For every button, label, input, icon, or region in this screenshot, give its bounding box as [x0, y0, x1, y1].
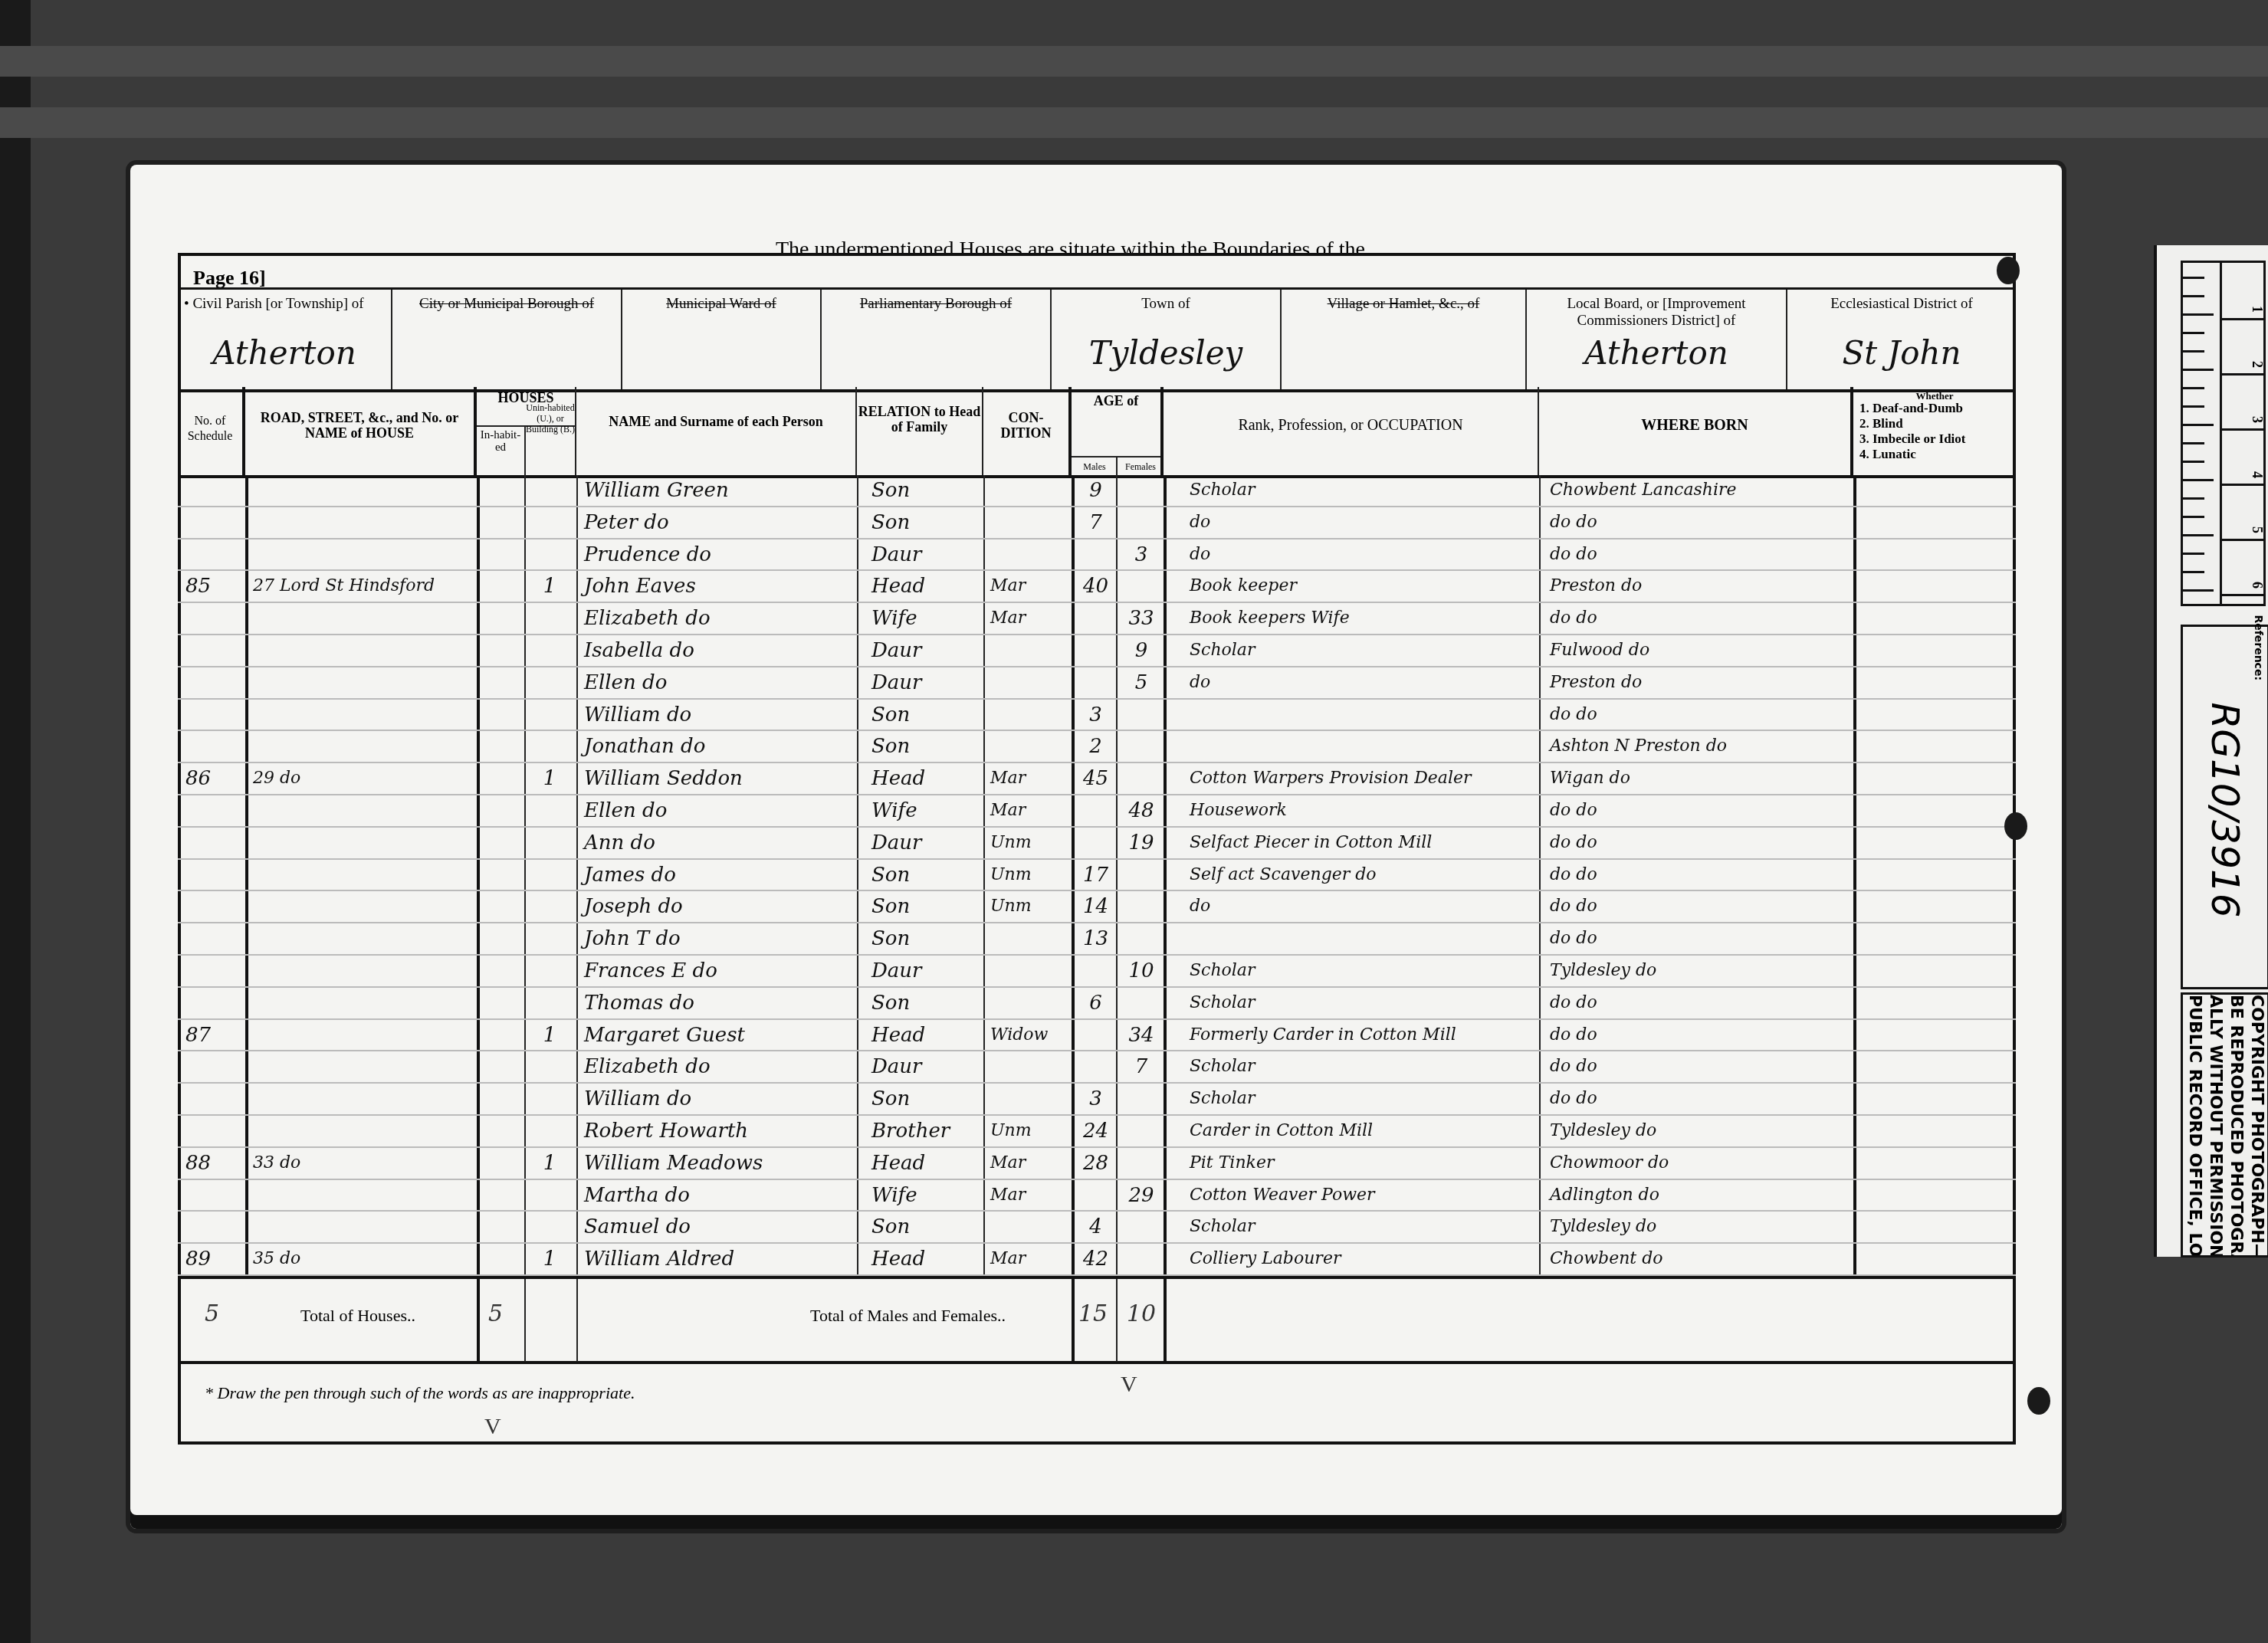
- ruler-tick: [2183, 553, 2204, 555]
- relation-to-head: Son: [871, 475, 979, 506]
- relation-to-head: Wife: [871, 603, 979, 634]
- occupation: Scholar: [1174, 475, 1534, 506]
- road-address: [253, 1084, 475, 1114]
- inhabited-count: 1: [534, 1244, 565, 1274]
- relation-to-head: Head: [871, 1148, 979, 1179]
- male-age: 4: [1078, 1212, 1113, 1242]
- table-row: 8527 Lord St Hindsford1John EavesHeadMar…: [178, 571, 2016, 603]
- road-address: [253, 891, 475, 922]
- table-row: Isabella doDaur9ScholarFulwood do: [178, 635, 2016, 667]
- person-name: John T do: [584, 923, 852, 954]
- female-age: [1122, 860, 1160, 890]
- copyright-line: PUBLIC RECORD OFFICE, LONDON: [2184, 995, 2205, 1258]
- schedule-number: 89: [185, 1244, 243, 1274]
- male-age: [1078, 539, 1113, 570]
- table-header: No. of Schedule ROAD, STREET, &c., and N…: [178, 387, 2016, 478]
- marital-condition: [990, 700, 1067, 730]
- table-row: Samuel doSon4ScholarTyldesley do: [178, 1212, 2016, 1244]
- female-age: [1122, 923, 1160, 954]
- occupation: Scholar: [1174, 1212, 1534, 1242]
- road-address: 29 do: [253, 763, 475, 794]
- road-address: [253, 795, 475, 826]
- female-age: 34: [1122, 1020, 1160, 1051]
- table-row: Ellen doWifeMar48Houseworkdo do: [178, 795, 2016, 828]
- boundary-field: Local Board, or [Improvement Commissione…: [1527, 290, 1787, 389]
- occupation: do: [1174, 539, 1534, 570]
- inhabited-count: [534, 828, 565, 858]
- male-age: 45: [1078, 763, 1113, 794]
- relation-to-head: Son: [871, 507, 979, 538]
- person-name: William Seddon: [584, 763, 852, 794]
- male-age: 3: [1078, 700, 1113, 730]
- boundary-value: Atherton: [1527, 334, 1786, 372]
- marital-condition: [990, 667, 1067, 698]
- female-age: [1122, 1084, 1160, 1114]
- inhabited-count: [534, 1084, 565, 1114]
- where-born: do do: [1550, 795, 1849, 826]
- marital-condition: [990, 1084, 1067, 1114]
- female-age: [1122, 731, 1160, 762]
- where-born: Chowbent Lancashire: [1550, 475, 1849, 506]
- inhabited-count: [534, 635, 565, 666]
- table-row: 8833 do1William MeadowsHeadMar28Pit Tink…: [178, 1148, 2016, 1180]
- marital-condition: Unm: [990, 828, 1067, 858]
- marital-condition: Unm: [990, 1116, 1067, 1146]
- boundary-field: Parliamentary Borough of: [822, 290, 1052, 389]
- schedule-number: 85: [185, 571, 243, 602]
- relation-to-head: Son: [871, 860, 979, 890]
- marital-condition: [990, 1212, 1067, 1242]
- ruler-tick: [2183, 479, 2214, 481]
- male-age: 3: [1078, 1084, 1113, 1114]
- person-name: Jonathan do: [584, 731, 852, 762]
- where-born: do do: [1550, 828, 1849, 858]
- where-born: Tyldesley do: [1550, 1212, 1849, 1242]
- female-age: [1122, 475, 1160, 506]
- ruler-tick: [2183, 442, 2204, 444]
- marital-condition: [990, 956, 1067, 986]
- header-age: AGE of Males Females: [1072, 387, 1164, 475]
- where-born: do do: [1550, 923, 1849, 954]
- where-born: do do: [1550, 860, 1849, 890]
- occupation: Pit Tinker: [1174, 1148, 1534, 1179]
- ruler-tick: [2183, 350, 2204, 353]
- inhabited-count: [534, 988, 565, 1018]
- female-age: 10: [1122, 956, 1160, 986]
- schedule-number: [185, 828, 243, 858]
- relation-to-head: Daur: [871, 539, 979, 570]
- inhabited-count: [534, 507, 565, 538]
- marital-condition: [990, 731, 1067, 762]
- boundary-field: Municipal Ward of: [622, 290, 822, 389]
- person-name: Joseph do: [584, 891, 852, 922]
- table-row: Ellen doDaur5doPreston do: [178, 667, 2016, 700]
- ruler-number: 2: [2249, 361, 2265, 368]
- marital-condition: Mar: [990, 1180, 1067, 1211]
- occupation: Cotton Weaver Power: [1174, 1180, 1534, 1211]
- header-infirmity: Whether 1. Deaf-and-Dumb 2. Blind 3. Imb…: [1853, 387, 2016, 475]
- person-name: Frances E do: [584, 956, 852, 986]
- ruler-tick: [2183, 332, 2204, 334]
- schedule-number: [185, 731, 243, 762]
- table-row: 8629 do1William SeddonHeadMar45Cotton Wa…: [178, 763, 2016, 795]
- person-name: John Eaves: [584, 571, 852, 602]
- table-row: James doSonUnm17Self act Scavenger dodo …: [178, 860, 2016, 892]
- schedule-number: [185, 1084, 243, 1114]
- male-age: [1078, 1020, 1113, 1051]
- boundary-field: Ecclesiastical District ofSt John: [1787, 290, 2016, 389]
- where-born: Chowmoor do: [1550, 1148, 1849, 1179]
- table-row: Thomas doSon6Scholardo do: [178, 988, 2016, 1020]
- relation-to-head: Son: [871, 731, 979, 762]
- road-address: [253, 731, 475, 762]
- total-persons-label: Total of Males and Females..: [810, 1306, 1006, 1326]
- road-address: 33 do: [253, 1148, 475, 1179]
- table-row: 8935 do1William AldredHeadMar42Colliery …: [178, 1244, 2016, 1276]
- occupation: Scholar: [1174, 988, 1534, 1018]
- person-name: Prudence do: [584, 539, 852, 570]
- male-age: [1078, 795, 1113, 826]
- male-age: [1078, 635, 1113, 666]
- road-address: [253, 1116, 475, 1146]
- schedule-number: [185, 923, 243, 954]
- ruler-tick: [2183, 277, 2204, 279]
- male-age: 14: [1078, 891, 1113, 922]
- relation-to-head: Head: [871, 1244, 979, 1274]
- person-name: Thomas do: [584, 988, 852, 1018]
- relation-to-head: Wife: [871, 1180, 979, 1211]
- male-age: [1078, 667, 1113, 698]
- marital-condition: Mar: [990, 763, 1067, 794]
- ruler-number: 3: [2249, 416, 2265, 423]
- male-age: [1078, 603, 1113, 634]
- occupation: [1174, 731, 1534, 762]
- copyright-line: COPYRIGHT PHOTOGRAPH—NOT TO: [2247, 995, 2267, 1258]
- inhabited-count: [534, 923, 565, 954]
- inhabited-count: [534, 795, 565, 826]
- marital-condition: [990, 1051, 1067, 1082]
- ruler-number: 6: [2249, 582, 2265, 589]
- ruler-tick: [2183, 589, 2214, 592]
- boundary-field: Town ofTyldesley: [1052, 290, 1282, 389]
- schedule-number: [185, 635, 243, 666]
- person-name: Ellen do: [584, 795, 852, 826]
- schedule-number: [185, 603, 243, 634]
- occupation: Colliery Labourer: [1174, 1244, 1534, 1274]
- occupation: Cotton Warpers Provision Dealer: [1174, 763, 1534, 794]
- marital-condition: Mar: [990, 571, 1067, 602]
- inhabited-count: [534, 1212, 565, 1242]
- punch-hole: [2027, 1387, 2050, 1415]
- ruler-tick: [2183, 516, 2204, 518]
- boundary-value: Atherton: [178, 334, 391, 372]
- female-age: [1122, 1244, 1160, 1274]
- relation-to-head: Son: [871, 1084, 979, 1114]
- occupation: Carder in Cotton Mill: [1174, 1116, 1534, 1146]
- inhabited-count: 1: [534, 1020, 565, 1051]
- road-address: [253, 988, 475, 1018]
- boundary-label: Municipal Ward of: [622, 296, 820, 313]
- ruler-tick: [2183, 534, 2214, 536]
- table-row: William GreenSon9ScholarChowbent Lancash…: [178, 475, 2016, 507]
- table-row: William doSon3do do: [178, 700, 2016, 732]
- schedule-number: [185, 956, 243, 986]
- relation-to-head: Daur: [871, 1051, 979, 1082]
- occupation: Scholar: [1174, 635, 1534, 666]
- ruler-tick: [2183, 313, 2214, 316]
- person-name: William do: [584, 700, 852, 730]
- road-address: [253, 956, 475, 986]
- female-age: 48: [1122, 795, 1160, 826]
- road-address: 27 Lord St Hindsford: [253, 571, 475, 602]
- total-houses-value: 5: [488, 1300, 503, 1327]
- ruler-tick: [2183, 295, 2204, 297]
- table-row: Elizabeth doWifeMar33Book keepers Wifedo…: [178, 603, 2016, 635]
- occupation: Formerly Carder in Cotton Mill: [1174, 1020, 1534, 1051]
- marital-condition: [990, 635, 1067, 666]
- female-age: 29: [1122, 1180, 1160, 1211]
- schedule-number: [185, 667, 243, 698]
- inhabited-count: [534, 1116, 565, 1146]
- table-row: William doSon3Scholardo do: [178, 1084, 2016, 1116]
- boundary-label: Town of: [1052, 296, 1280, 313]
- inhabited-count: [534, 539, 565, 570]
- female-age: 7: [1122, 1051, 1160, 1082]
- schedule-number: [185, 507, 243, 538]
- header-road: ROAD, STREET, &c., and No. or NAME of HO…: [245, 387, 477, 475]
- background-stripe: [0, 46, 2268, 77]
- total-houses-label: Total of Houses..: [300, 1306, 415, 1326]
- road-address: [253, 1051, 475, 1082]
- inhabited-count: [534, 700, 565, 730]
- copyright-notice: COPYRIGHT PHOTOGRAPH—NOT TOBE REPRODUCED…: [2181, 992, 2268, 1258]
- male-age: 2: [1078, 731, 1113, 762]
- ruler-tick: [2183, 369, 2214, 371]
- where-born: do do: [1550, 891, 1849, 922]
- where-born: Adlington do: [1550, 1180, 1849, 1211]
- where-born: do do: [1550, 539, 1849, 570]
- where-born: do do: [1550, 507, 1849, 538]
- total-schedules: 5: [205, 1300, 219, 1327]
- road-address: [253, 1180, 475, 1211]
- inhabited-count: [534, 475, 565, 506]
- person-name: William Aldred: [584, 1244, 852, 1274]
- check-mark: V: [484, 1414, 501, 1440]
- road-address: [253, 635, 475, 666]
- ruler-tick: [2183, 405, 2204, 408]
- where-born: Preston do: [1550, 571, 1849, 602]
- totals-row: 5 Total of Houses.. 5 Total of Males and…: [178, 1276, 2016, 1364]
- person-name: William Green: [584, 475, 852, 506]
- inhabited-count: [534, 1180, 565, 1211]
- schedule-number: [185, 1212, 243, 1242]
- schedule-number: [185, 539, 243, 570]
- marital-condition: [990, 475, 1067, 506]
- where-born: Chowbent do: [1550, 1244, 1849, 1274]
- copyright-line: BE REPRODUCED PHOTOGRAPHIC-: [2226, 995, 2247, 1258]
- boundary-field: City or Municipal Borough of: [392, 290, 622, 389]
- occupation: Scholar: [1174, 956, 1534, 986]
- where-born: do do: [1550, 603, 1849, 634]
- occupation: [1174, 923, 1534, 954]
- road-address: [253, 667, 475, 698]
- male-age: 28: [1078, 1148, 1113, 1179]
- table-row: Peter doSon7dodo do: [178, 507, 2016, 539]
- relation-to-head: Head: [871, 571, 979, 602]
- ruler-tick: [2183, 461, 2204, 463]
- boundary-label: • Civil Parish [or Township] of: [178, 296, 391, 313]
- person-name: Margaret Guest: [584, 1020, 852, 1051]
- inhabited-count: [534, 891, 565, 922]
- boundary-field: Village or Hamlet, &c., of: [1282, 290, 1527, 389]
- where-born: Fulwood do: [1550, 635, 1849, 666]
- person-name: Ellen do: [584, 667, 852, 698]
- person-name: William do: [584, 1084, 852, 1114]
- male-age: [1078, 828, 1113, 858]
- header-schedule: No. of Schedule: [178, 387, 245, 475]
- page-number: Page 16]: [193, 267, 266, 290]
- boundary-label: Local Board, or [Improvement Commissione…: [1527, 296, 1786, 330]
- person-name: Isabella do: [584, 635, 852, 666]
- relation-to-head: Son: [871, 700, 979, 730]
- occupation: do: [1174, 507, 1534, 538]
- marital-condition: Unm: [990, 891, 1067, 922]
- relation-to-head: Son: [871, 988, 979, 1018]
- boundary-field: • Civil Parish [or Township] ofAtherton: [178, 290, 392, 389]
- female-age: [1122, 507, 1160, 538]
- inhabited-count: [534, 1051, 565, 1082]
- occupation: do: [1174, 891, 1534, 922]
- ruler-number: 5: [2249, 526, 2265, 533]
- boundary-label: Parliamentary Borough of: [822, 296, 1050, 313]
- marital-condition: Unm: [990, 860, 1067, 890]
- relation-to-head: Wife: [871, 795, 979, 826]
- relation-to-head: Head: [871, 1020, 979, 1051]
- occupation: Scholar: [1174, 1051, 1534, 1082]
- table-row: Ann doDaurUnm19Selfact Piecer in Cotton …: [178, 828, 2016, 860]
- male-age: 7: [1078, 507, 1113, 538]
- where-born: Wigan do: [1550, 763, 1849, 794]
- female-age: [1122, 1212, 1160, 1242]
- header-name: NAME and Surname of each Person: [576, 387, 857, 475]
- table-row: 871Margaret GuestHeadWidow34Formerly Car…: [178, 1020, 2016, 1052]
- road-address: 35 do: [253, 1244, 475, 1274]
- female-age: [1122, 763, 1160, 794]
- relation-to-head: Daur: [871, 635, 979, 666]
- schedule-number: [185, 475, 243, 506]
- female-age: [1122, 700, 1160, 730]
- boundary-value: St John: [1787, 334, 2016, 372]
- marital-condition: Widow: [990, 1020, 1067, 1051]
- road-address: [253, 923, 475, 954]
- inhabited-count: 1: [534, 1148, 565, 1179]
- header-houses: HOUSES In-habit-ed Unin-habited (U.), or…: [477, 387, 576, 475]
- occupation: Book keepers Wife: [1174, 603, 1534, 634]
- person-name: James do: [584, 860, 852, 890]
- road-address: [253, 603, 475, 634]
- table-row: Elizabeth doDaur7Scholardo do: [178, 1051, 2016, 1084]
- person-name: Robert Howarth: [584, 1116, 852, 1146]
- occupation: [1174, 700, 1534, 730]
- female-age: 19: [1122, 828, 1160, 858]
- road-address: [253, 860, 475, 890]
- occupation: Book keeper: [1174, 571, 1534, 602]
- total-females: 10: [1127, 1300, 1156, 1327]
- male-age: 40: [1078, 571, 1113, 602]
- female-age: 9: [1122, 635, 1160, 666]
- schedule-number: [185, 860, 243, 890]
- header-condition: CON-DITION: [983, 387, 1072, 475]
- punch-hole: [1997, 257, 2020, 284]
- marital-condition: [990, 988, 1067, 1018]
- boundaries-row: • Civil Parish [or Township] ofAthertonC…: [178, 287, 2016, 392]
- ruler-number: 4: [2249, 471, 2265, 478]
- female-age: [1122, 891, 1160, 922]
- schedule-number: [185, 1180, 243, 1211]
- occupation: Housework: [1174, 795, 1534, 826]
- marital-condition: [990, 539, 1067, 570]
- schedule-number: [185, 795, 243, 826]
- film-edge: [0, 0, 31, 1643]
- reference-number: RG10/3916: [2203, 645, 2247, 975]
- marital-condition: Mar: [990, 1244, 1067, 1274]
- road-address: [253, 1212, 475, 1242]
- person-name: Samuel do: [584, 1212, 852, 1242]
- male-age: 17: [1078, 860, 1113, 890]
- person-name: Ann do: [584, 828, 852, 858]
- census-form: The undermentioned Houses are situate wi…: [178, 215, 2017, 1471]
- relation-to-head: Son: [871, 923, 979, 954]
- ruler-tick: [2183, 497, 2204, 500]
- marital-condition: [990, 507, 1067, 538]
- female-age: [1122, 1116, 1160, 1146]
- inhabited-count: 1: [534, 571, 565, 602]
- schedule-number: [185, 891, 243, 922]
- marital-condition: Mar: [990, 1148, 1067, 1179]
- female-age: 5: [1122, 667, 1160, 698]
- relation-to-head: Daur: [871, 667, 979, 698]
- header-occupation: Rank, Profession, or OCCUPATION: [1164, 387, 1539, 475]
- person-name: Peter do: [584, 507, 852, 538]
- table-row: Prudence doDaur3dodo do: [178, 539, 2016, 572]
- female-age: [1122, 988, 1160, 1018]
- total-males: 15: [1078, 1300, 1108, 1327]
- marital-condition: Mar: [990, 795, 1067, 826]
- occupation: do: [1174, 667, 1534, 698]
- female-age: 3: [1122, 539, 1160, 570]
- check-mark: V: [1121, 1372, 1137, 1398]
- schedule-number: [185, 988, 243, 1018]
- male-age: 9: [1078, 475, 1113, 506]
- boundary-label: Ecclesiastical District of: [1787, 296, 2016, 313]
- where-born: do do: [1550, 1020, 1849, 1051]
- ruler-number: 1: [2249, 306, 2265, 313]
- inhabited-count: [534, 667, 565, 698]
- header-relation: RELATION to Head of Family: [857, 387, 983, 475]
- person-name: Elizabeth do: [584, 1051, 852, 1082]
- schedule-number: 87: [185, 1020, 243, 1051]
- header-where-born: WHERE BORN: [1539, 387, 1853, 475]
- schedule-number: 86: [185, 763, 243, 794]
- marital-condition: Mar: [990, 603, 1067, 634]
- scale-ruler: 123456: [2181, 261, 2266, 606]
- male-age: [1078, 1180, 1113, 1211]
- relation-to-head: Daur: [871, 956, 979, 986]
- road-address: [253, 475, 475, 506]
- road-address: [253, 828, 475, 858]
- male-age: [1078, 956, 1113, 986]
- inhabited-count: 1: [534, 763, 565, 794]
